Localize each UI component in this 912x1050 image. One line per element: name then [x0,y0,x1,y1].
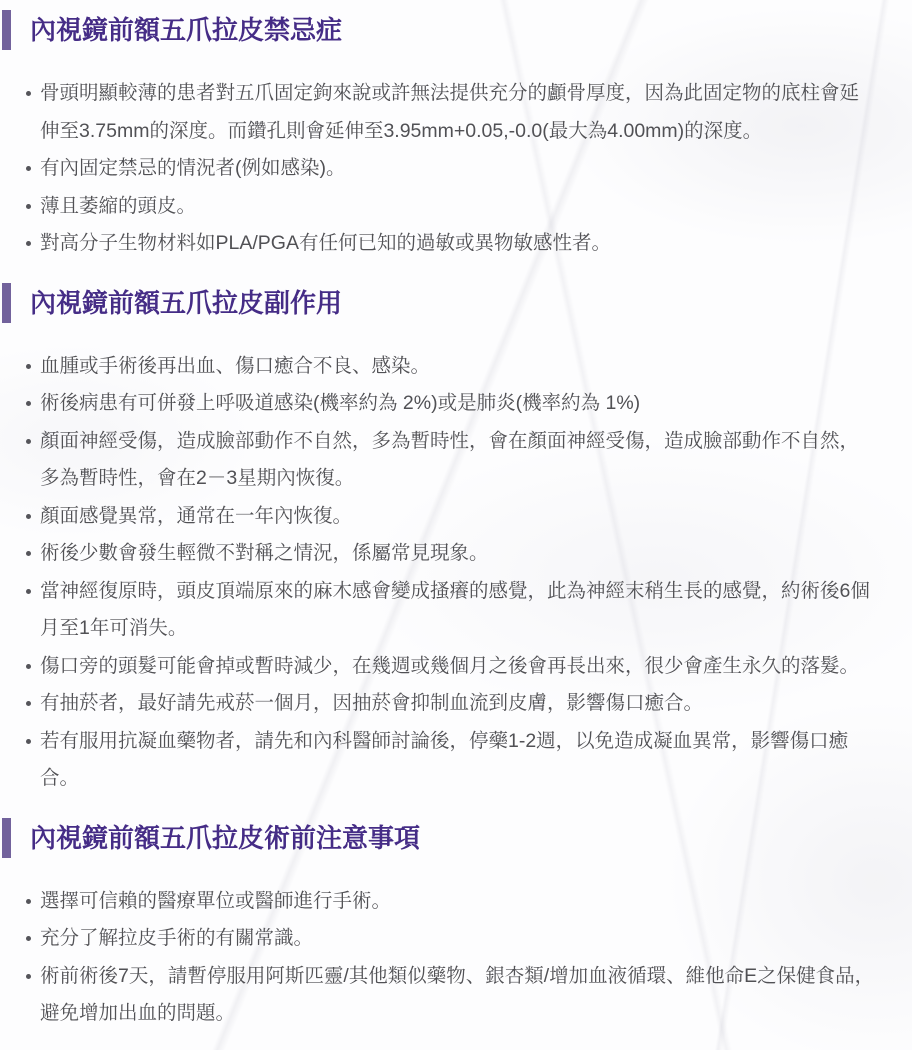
list-item: 選擇可信賴的醫療單位或醫師進行手術。 [40,883,876,921]
list-item-text: 顏面神經受傷，造成臉部動作不自然，多為暫時性，會在顏面神經受傷，造成臉部動作不自… [40,430,859,490]
section-heading-text: 內視鏡前額五爪拉皮術前注意事項 [30,818,420,858]
section-heading-text: 內視鏡前額五爪拉皮副作用 [30,283,342,323]
bullet-dot-icon [26,241,31,246]
list-item: 有內固定禁忌的情況者(例如感染)。 [40,150,876,188]
section-heading: 內視鏡前額五爪拉皮禁忌症 [0,10,912,50]
list-item: 當神經復原時，頭皮頂端原來的麻木感會變成搔癢的感覺，此為神經末稍生長的感覺，約術… [40,573,876,648]
list-item: 術後少數會發生輕微不對稱之情況，係屬常見現象。 [40,535,876,573]
bullet-list: 選擇可信賴的醫療單位或醫師進行手術。 充分了解拉皮手術的有關常識。 術前術後7天… [0,883,912,1033]
bullet-dot-icon [26,589,31,594]
list-item-text: 血腫或手術後再出血、傷口癒合不良、感染。 [40,355,430,377]
list-item: 骨頭明顯較薄的患者對五爪固定鉤來說或許無法提供充分的顱骨厚度，因為此固定物的底柱… [40,75,876,150]
list-item: 傷口旁的頭髮可能會掉或暫時減少，在幾週或幾個月之後會再長出來，很少會產生永久的落… [40,648,876,686]
list-item-text: 若有服用抗凝血藥物者，請先和內科醫師討論後，停藥1-2週，以免造成凝血異常，影響… [40,730,848,790]
list-item: 術後病患有可併發上呼吸道感染(機率約為 2%)或是肺炎(機率約為 1%) [40,385,876,423]
heading-accent-bar [2,283,11,323]
section-heading: 內視鏡前額五爪拉皮副作用 [0,283,912,323]
bullet-dot-icon [26,974,31,979]
list-item-text: 選擇可信賴的醫療單位或醫師進行手術。 [40,890,391,912]
bullet-dot-icon [26,364,31,369]
bullet-dot-icon [26,514,31,519]
bullet-dot-icon [26,551,31,556]
list-item-text: 當神經復原時，頭皮頂端原來的麻木感會變成搔癢的感覺，此為神經末稍生長的感覺，約術… [40,580,870,640]
heading-accent-bar [2,818,11,858]
bullet-dot-icon [26,739,31,744]
list-item: 顏面感覺異常，通常在一年內恢復。 [40,498,876,536]
list-item: 血腫或手術後再出血、傷口癒合不良、感染。 [40,348,876,386]
list-item-text: 術後少數會發生輕微不對稱之情況，係屬常見現象。 [40,542,489,564]
bullet-dot-icon [26,664,31,669]
section-heading: 內視鏡前額五爪拉皮術前注意事項 [0,818,912,858]
list-item: 顏面神經受傷，造成臉部動作不自然，多為暫時性，會在顏面神經受傷，造成臉部動作不自… [40,423,876,498]
section-heading-text: 內視鏡前額五爪拉皮禁忌症 [30,10,342,50]
bullet-dot-icon [26,166,31,171]
bullet-dot-icon [26,204,31,209]
list-item: 若有服用抗凝血藥物者，請先和內科醫師討論後，停藥1-2週，以免造成凝血異常，影響… [40,723,876,798]
section-pre-op-notes: 內視鏡前額五爪拉皮術前注意事項 選擇可信賴的醫療單位或醫師進行手術。 充分了解拉… [0,818,912,1033]
list-item-text: 骨頭明顯較薄的患者對五爪固定鉤來說或許無法提供充分的顱骨厚度，因為此固定物的底柱… [40,82,859,142]
bullet-list: 骨頭明顯較薄的患者對五爪固定鉤來說或許無法提供充分的顱骨厚度，因為此固定物的底柱… [0,75,912,263]
list-item-text: 薄且萎縮的頭皮。 [40,195,196,217]
list-item: 術前術後7天，請暫停服用阿斯匹靈/其他類似藥物、銀杏類/增加血液循環、維他命E之… [40,958,876,1033]
section-side-effects: 內視鏡前額五爪拉皮副作用 血腫或手術後再出血、傷口癒合不良、感染。 術後病患有可… [0,283,912,798]
list-item: 對高分子生物材料如PLA/PGA有任何已知的過敏或異物敏感性者。 [40,225,876,263]
list-item-text: 術前術後7天，請暫停服用阿斯匹靈/其他類似藥物、銀杏類/增加血液循環、維他命E之… [40,965,874,1025]
bullet-dot-icon [26,401,31,406]
bullet-dot-icon [26,701,31,706]
section-contraindications: 內視鏡前額五爪拉皮禁忌症 骨頭明顯較薄的患者對五爪固定鉤來說或許無法提供充分的顱… [0,10,912,263]
article-body: 內視鏡前額五爪拉皮禁忌症 骨頭明顯較薄的患者對五爪固定鉤來說或許無法提供充分的顱… [0,0,912,1033]
list-item: 有抽菸者，最好請先戒菸一個月，因抽菸會抑制血流到皮膚，影響傷口癒合。 [40,685,876,723]
list-item-text: 有抽菸者，最好請先戒菸一個月，因抽菸會抑制血流到皮膚，影響傷口癒合。 [40,692,703,714]
list-item: 充分了解拉皮手術的有關常識。 [40,920,876,958]
bullet-dot-icon [26,439,31,444]
heading-accent-bar [2,10,11,50]
list-item: 薄且萎縮的頭皮。 [40,188,876,226]
bullet-list: 血腫或手術後再出血、傷口癒合不良、感染。 術後病患有可併發上呼吸道感染(機率約為… [0,348,912,798]
bullet-dot-icon [26,936,31,941]
list-item-text: 術後病患有可併發上呼吸道感染(機率約為 2%)或是肺炎(機率約為 1%) [40,392,640,414]
list-item-text: 充分了解拉皮手術的有關常識。 [40,927,313,949]
list-item-text: 有內固定禁忌的情況者(例如感染)。 [40,157,346,179]
list-item-text: 對高分子生物材料如PLA/PGA有任何已知的過敏或異物敏感性者。 [40,232,611,254]
bullet-dot-icon [26,91,31,96]
list-item-text: 顏面感覺異常，通常在一年內恢復。 [40,505,352,527]
list-item-text: 傷口旁的頭髮可能會掉或暫時減少，在幾週或幾個月之後會再長出來，很少會產生永久的落… [40,655,859,677]
bullet-dot-icon [26,899,31,904]
